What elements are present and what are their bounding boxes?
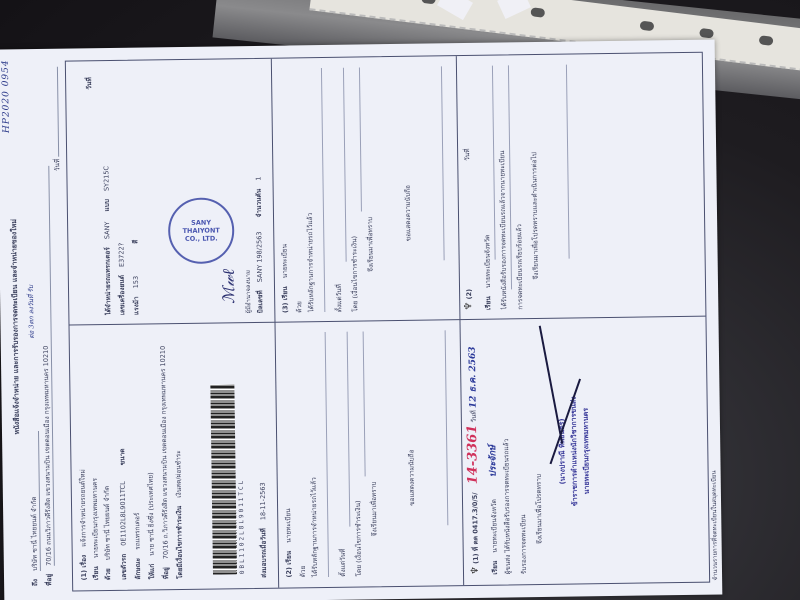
- footer-note: จำนวนรายการที่จดทะเบียนในสมุดทะเบียน: [709, 470, 721, 580]
- reg2-line-1: ได้รับหนังสือรับรองการจดทะเบียนรถแล้วจาก…: [496, 65, 509, 310]
- section-1: (1) เรื่อง แจ้งการจำหน่ายรถยนต์ใหม่ เรีย…: [70, 322, 279, 590]
- s1-invoice-label: บิลเลขที่: [256, 290, 264, 313]
- s3-heading: (3) เรียน: [281, 286, 289, 313]
- header-to-value: บริษัท ซานี่ ไทยยนต์ จำกัด: [28, 431, 41, 571]
- s1-serial-value: 0E1102L8L9011TCL: [119, 481, 128, 546]
- reg-line-2: รับรองการจดทะเบียน: [516, 330, 529, 575]
- reg-date-value: 12 ธ.ค. 2563: [468, 346, 479, 408]
- s1-date-label: วันที่: [85, 77, 93, 90]
- section-receipt: (2) เรียน นายทะเบียน ด้วย ได้รับหลักฐานก…: [271, 56, 464, 588]
- barcode-text: 0BL1102L8L9011TCL: [238, 479, 246, 575]
- s3-line-6: ขอแสดงความนับถือ: [401, 67, 414, 312]
- s2-line-1: ได้รับหลักฐานการจำหน่ายรถไว้แล้ว: [307, 333, 320, 578]
- handwritten-note: ต่อ 3ตก ลงวันที่ รับ: [27, 285, 36, 339]
- s1-signer-title: ผู้มีอำนาจลงนาม: [240, 69, 253, 314]
- s2-line-2: ด้วย: [295, 333, 308, 578]
- s1-model-value: SY215C: [102, 166, 110, 191]
- reg-heading: (1) ที่ คค 0417.3/0/5/: [471, 492, 480, 564]
- reg-to-label: เรียน: [491, 561, 499, 575]
- s1-color-label: สี: [131, 240, 139, 244]
- s2-line-3: ตั้งแต่วันที่: [335, 332, 348, 577]
- reg2-to-value: นายทะเบียนจังหวัด: [483, 235, 492, 289]
- s1-buyer-label: ให้แก่: [148, 564, 156, 580]
- reg-official-office: นายทะเบียนกรุงเทพมหานคร: [580, 329, 593, 574]
- s1-payment-label: โดยมีเงื่อนไขการชำระเงิน: [175, 506, 184, 579]
- s1-delivered-value: 18-11-2563: [259, 482, 268, 520]
- s1-buyer-address-value: 70/16 ถ.วิภาวดีรังสิต แขวงสนามบิน เขตดอน…: [159, 346, 170, 559]
- s1-type-label: ลักษณะ: [134, 558, 142, 580]
- registration-form: HP2020 0954 หนังสือแจ้งจำหน่าย และการรับ…: [0, 40, 722, 600]
- s2-to: นายทะเบียน: [284, 508, 292, 542]
- s1-hp-label: แรงม้า: [132, 296, 140, 315]
- s3-line-5: จึงเรียนมาเพื่อทราบ: [363, 67, 376, 312]
- s1-copies-label: จำนวนคัน: [255, 189, 263, 218]
- reg-number: 14-3361: [465, 425, 481, 485]
- section-registration: ♆ (1) ที่ คค 0417.3/0/5/ 14-3361 วันที่ …: [456, 53, 709, 585]
- s3-line-2: ด้วย: [291, 68, 304, 313]
- s3-line-3: ตั้งแต่วันที่: [331, 68, 344, 313]
- s1-from-label: ด้วย: [104, 568, 112, 580]
- s1-model-label: แบบ: [103, 199, 111, 212]
- barcode: [210, 384, 237, 574]
- reg-to-value: นายทะเบียนจังหวัด: [490, 499, 499, 553]
- reg-line-1: ผู้ขนส่ง ได้รับหนังสือรับรองการจดทะเบียน…: [500, 330, 513, 575]
- s2-line-6: ขอแสดงความนับถือ: [405, 331, 418, 576]
- header-address-label: ที่อยู่: [45, 574, 53, 586]
- s1-subject: แจ้งการจำหน่ายรถยนต์ใหม่: [79, 469, 88, 547]
- s1-from-value: บริษัท ซานี่ ไทยยนต์ จำกัด: [103, 486, 112, 560]
- reg2-date-label: วันที่: [463, 148, 471, 161]
- dealer-signature: ℳ𝓌ℓ: [219, 269, 239, 304]
- s1-type-value: รถแทรกเตอร์: [133, 513, 142, 550]
- header-date-label: วันที่: [53, 159, 61, 172]
- s1-to-label: เรียน: [92, 566, 100, 580]
- s1-buyer-value: นาย ซานี่ ยิ่งซึ่ง (ประเทศไทย): [147, 472, 156, 555]
- s1-heading: (1) เรื่อง: [80, 555, 88, 581]
- section-3: (3) เรียน นายทะเบียน ด้วย ได้รับหลักฐานก…: [271, 56, 460, 323]
- s2-line-4: โดย (เงื่อนไขการชำระเงิน): [351, 332, 364, 577]
- reg-official-name: (นางปราณี ทิพยนตร์): [556, 329, 569, 574]
- s2-heading: (2) เรียน: [285, 551, 293, 578]
- reg-line-3: จึงเรียนมาเพื่อโปรดทราบ: [532, 329, 545, 574]
- s1-buyer-address-label: ที่อยู่: [162, 567, 170, 579]
- s2-line-5: จึงเรียนมาเพื่อทราบ: [367, 332, 380, 577]
- form-grid: (1) เรื่อง แจ้งการจำหน่ายรถยนต์ใหม่ เรีย…: [65, 52, 710, 592]
- registration-1: ♆ (1) ที่ คค 0417.3/0/5/ 14-3361 วันที่ …: [459, 316, 709, 585]
- section-1-cont: วันที่ ได้จำหน่ายรถแทรกเตอร์ SANY แบบ SY…: [66, 59, 275, 326]
- s1-delivered-label: ส่งมอบรถเมื่อวันที่: [259, 528, 268, 578]
- section-2: (2) เรียน นายทะเบียน ด้วย ได้รับหลักฐานก…: [274, 320, 463, 588]
- section-dealer: (1) เรื่อง แจ้งการจำหน่ายรถยนต์ใหม่ เรีย…: [66, 59, 279, 591]
- s1-brand-label: ได้จำหน่ายรถแทรกเตอร์: [103, 247, 112, 315]
- reg2-line-3: จึงเรียนมาเพื่อโปรดทราบและดำเนินการต่อไป: [528, 65, 541, 310]
- s1-brand-value: SANY: [103, 222, 111, 240]
- reg2-heading: (2): [465, 289, 473, 300]
- s1-engine-label: เลขเครื่องยนต์: [118, 275, 127, 315]
- reg2-to-label: เรียน: [484, 296, 492, 310]
- s1-payment-value: เงินสด/ผ่อนชำระ: [174, 450, 183, 498]
- reg-official-title: ข้าราชการตำแหน่งนักวิชาการขนส่ง: [568, 329, 581, 574]
- s1-hp-value: 153: [132, 276, 140, 289]
- reg-registrar-handwritten: ประจักษ์: [488, 445, 498, 477]
- s3-line-4: โดย (เงื่อนไขการชำระเงิน): [347, 68, 360, 313]
- reg-date-label: วันที่: [470, 410, 478, 423]
- garuda-emblem-icon: ♆: [463, 301, 474, 310]
- reg2-line-2: การจดทะเบียนรถเรียบร้อยแล้ว: [512, 65, 525, 310]
- s1-invoice-value: SANY 198/2563: [255, 231, 264, 282]
- registration-2: ♆ (2) วันที่ เรียน นายทะเบียนจังหวัด ได้…: [456, 53, 706, 321]
- garuda-emblem-icon: ♆: [470, 566, 481, 575]
- document-title: หนังสือแจ้งจำหน่าย และการรับรองการจดทะเบ…: [7, 49, 26, 600]
- s3-to: นายทะเบียน: [280, 244, 288, 278]
- s1-to-value: นายทะเบียนกรุงเทพมหานคร: [91, 478, 100, 558]
- s1-serial-label: เลขตัวรถ: [120, 554, 128, 580]
- company-stamp: SANY THAIYONT CO., LTD.: [168, 198, 235, 265]
- s3-line-1: ได้รับหลักฐานการจำหน่ายรถไว้แล้ว: [303, 68, 316, 313]
- s1-engine-value: E3722?: [117, 243, 125, 267]
- s1-copies-value: 1: [254, 176, 262, 180]
- document-photo: HP2020 0954 หนังสือแจ้งจำหน่าย และการรับ…: [0, 40, 724, 600]
- s1-size-label: ขนาด: [118, 448, 126, 465]
- header-to-label: ถึง: [31, 579, 39, 586]
- stamp-line-3: CO., LTD.: [185, 235, 218, 243]
